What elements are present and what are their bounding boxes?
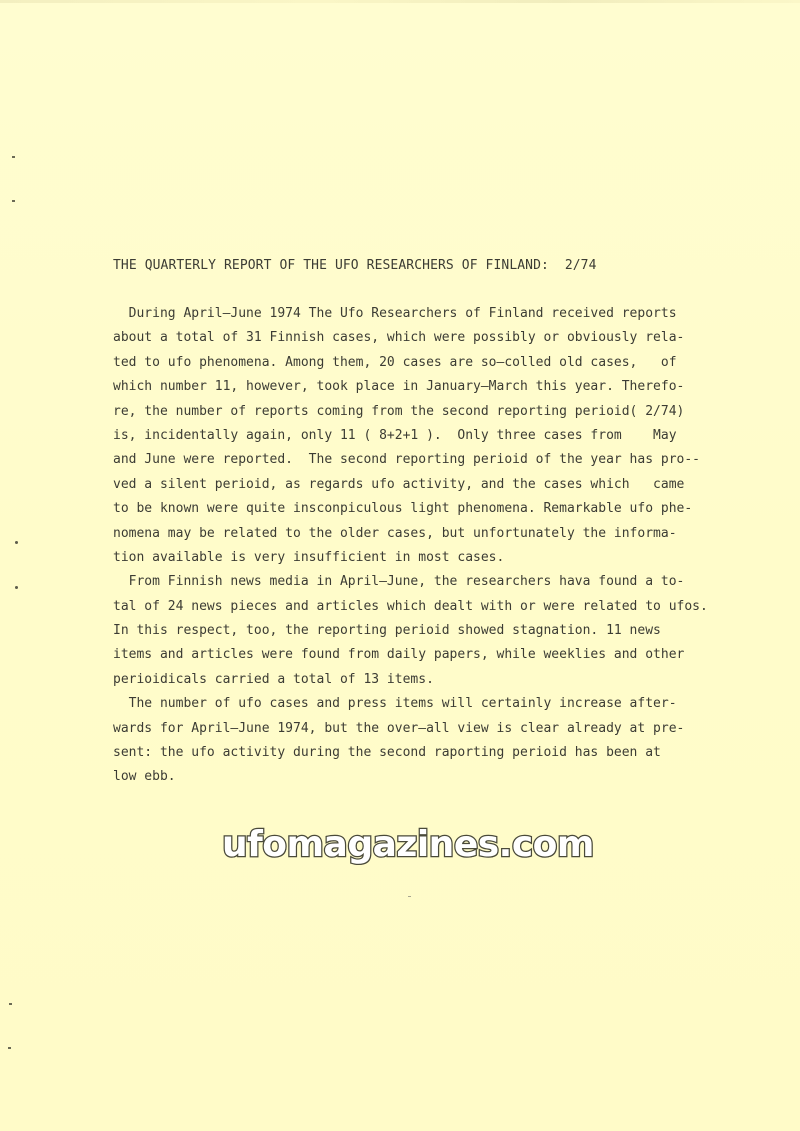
body-line: The number of ufo cases and press items … <box>113 692 733 716</box>
body-line: wards for April–June 1974, but the over–… <box>113 717 733 741</box>
document-page: THE QUARTERLY REPORT OF THE UFO RESEARCH… <box>0 0 800 1131</box>
body-line: low ebb. <box>113 765 733 789</box>
margin-mark <box>12 200 15 202</box>
body-line: is, incidentally again, only 11 ( 8+2+1 … <box>113 424 733 448</box>
punch-hole-mark <box>15 541 18 544</box>
margin-mark <box>9 1003 12 1005</box>
report-body: During April–June 1974 The Ufo Researche… <box>113 302 733 790</box>
report-title: THE QUARTERLY REPORT OF THE UFO RESEARCH… <box>113 258 597 273</box>
body-line: tal of 24 news pieces and articles which… <box>113 595 733 619</box>
body-line: During April–June 1974 The Ufo Researche… <box>113 302 733 326</box>
body-line: items and articles were found from daily… <box>113 643 733 667</box>
body-line: ted to ufo phenomena. Among them, 20 cas… <box>113 351 733 375</box>
body-line: which number 11, however, took place in … <box>113 375 733 399</box>
body-line: and June were reported. The second repor… <box>113 448 733 472</box>
body-line: From Finnish news media in April–June, t… <box>113 570 733 594</box>
body-line: about a total of 31 Finnish cases, which… <box>113 326 733 350</box>
margin-mark <box>8 1047 11 1049</box>
body-line: perioidicals carried a total of 13 items… <box>113 668 733 692</box>
body-line: tion available is very insufficient in m… <box>113 546 733 570</box>
margin-mark <box>12 156 15 158</box>
body-line: sent: the ufo activity during the second… <box>113 741 733 765</box>
page-top-edge <box>0 0 800 3</box>
body-line: In this respect, too, the reporting peri… <box>113 619 733 643</box>
watermark-logo: ufomagazines.com <box>222 824 594 865</box>
body-line: nomena may be related to the older cases… <box>113 522 733 546</box>
body-line: ved a silent perioid, as regards ufo act… <box>113 473 733 497</box>
paper-speck <box>408 896 411 897</box>
punch-hole-mark <box>15 586 18 589</box>
body-line: re, the number of reports coming from th… <box>113 400 733 424</box>
body-line: to be known were quite insconpiculous li… <box>113 497 733 521</box>
